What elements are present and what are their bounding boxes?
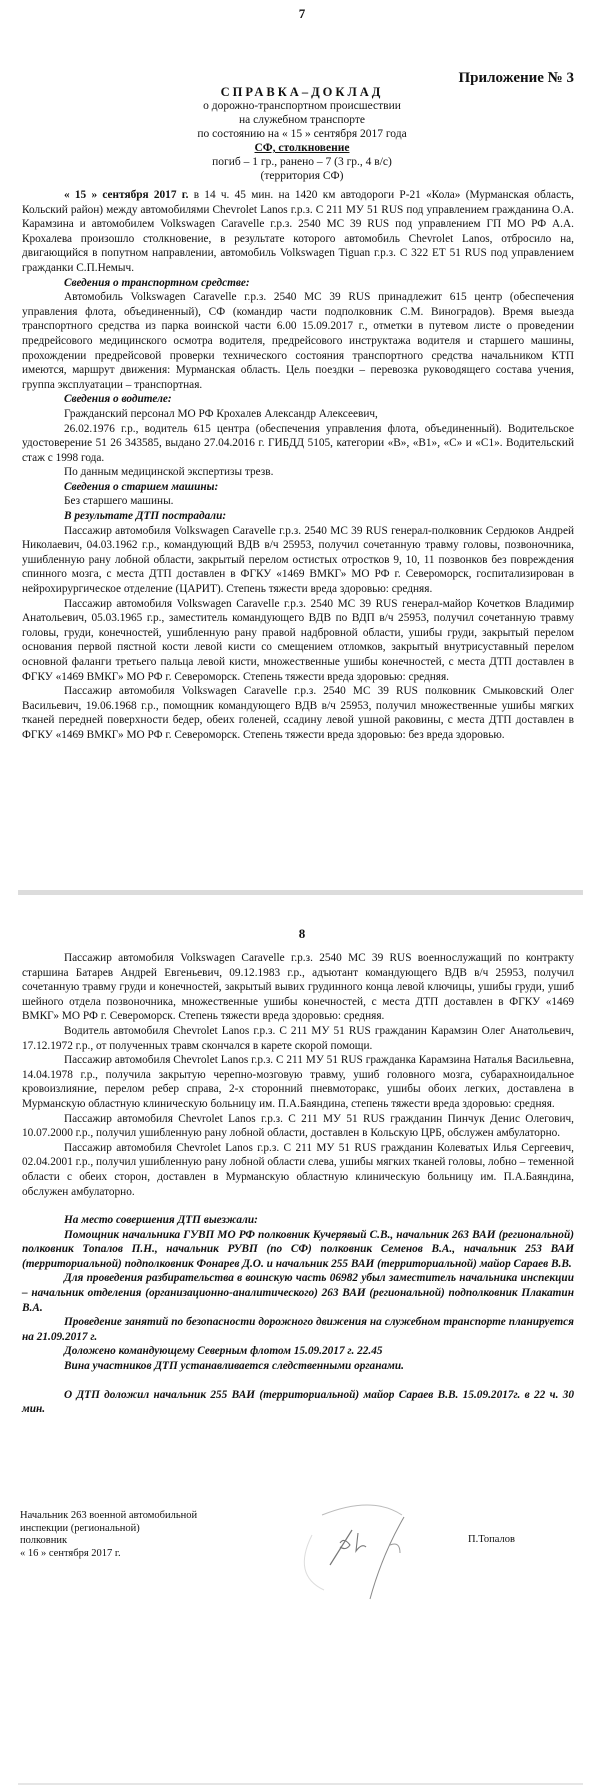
intro-paragraph: « 15 » сентября 2017 г. в 14 ч. 45 мин. … (22, 188, 574, 276)
victim-paragraph: Пассажир автомобиля Chevrolet Lanos г.р.… (22, 1053, 574, 1111)
signature-date: « 16 » сентября 2017 г. (20, 1548, 197, 1561)
driver-heading: Сведения о водителе: (22, 392, 574, 407)
training-paragraph: Проведение занятий по безопасности дорож… (22, 1315, 574, 1344)
victim-paragraph: Пассажир автомобиля Volkswagen Caravelle… (22, 951, 574, 1024)
document-title: СПРАВКА–ДОКЛАД (0, 85, 604, 99)
vehicle-heading: Сведения о транспортном средстве: (22, 276, 574, 291)
responders-paragraph: Помощник начальника ГУВП МО РФ полковник… (22, 1228, 574, 1272)
intro-text: в 14 ч. 45 мин. на 1420 км автодороги Р-… (22, 189, 574, 274)
signer-position-1: Начальник 263 военной автомобильной (20, 1510, 197, 1523)
driver-paragraph: 26.02.1976 г.р., водитель 615 центра (об… (22, 422, 574, 466)
senior-text: Без старшего машины. (22, 494, 574, 509)
page-divider (18, 890, 583, 895)
victim-paragraph: Пассажир автомобиля Volkswagen Caravelle… (22, 597, 574, 685)
page-7-body: « 15 » сентября 2017 г. в 14 ч. 45 мин. … (22, 188, 574, 743)
report-paragraph: О ДТП доложил начальник 255 ВАИ (террито… (22, 1388, 574, 1417)
page-number: 8 (0, 926, 604, 942)
page-8-body: Пассажир автомобиля Volkswagen Caravelle… (22, 951, 574, 1417)
incident-subject: СФ, столкновение (0, 141, 604, 155)
driver-name: Гражданский персонал МО РФ Крохалев Алек… (22, 407, 574, 422)
victim-paragraph: Пассажир автомобиля Volkswagen Caravelle… (22, 524, 574, 597)
signer-rank: полковник (20, 1535, 197, 1548)
document-header: СПРАВКА–ДОКЛАД о дорожно-транспортном пр… (0, 85, 604, 183)
victim-paragraph: Пассажир автомобиля Chevrolet Lanos г.р.… (22, 1141, 574, 1199)
driver-sober: По данным медицинской экспертизы трезв. (22, 465, 574, 480)
header-line-1: о дорожно-транспортном происшествии (0, 99, 604, 113)
page-number: 7 (0, 6, 604, 22)
page-divider (18, 1783, 583, 1785)
signer-position-2: инспекции (региональной) (20, 1523, 197, 1536)
territory-label: (территория СФ) (0, 169, 604, 183)
senior-heading: Сведения о старшем машины: (22, 480, 574, 495)
signer-name: П.Топалов (468, 1534, 515, 1545)
victim-paragraph: Пассажир автомобиля Chevrolet Lanos г.р.… (22, 1112, 574, 1141)
handwritten-signature-icon (282, 1495, 432, 1605)
document-page-7: 7 Приложение № 3 СПРАВКА–ДОКЛАД о дорожн… (0, 0, 604, 885)
casualties-summary: погиб – 1 гр., ранено – 7 (3 гр., 4 в/с) (0, 155, 604, 169)
victim-paragraph: Водитель автомобиля Chevrolet Lanos г.р.… (22, 1024, 574, 1053)
vehicle-paragraph: Автомобиль Volkswagen Caravelle г.р.з. 2… (22, 290, 574, 392)
guilt-line: Вина участников ДТП устанавливается след… (22, 1359, 574, 1374)
signature-block: Начальник 263 военной автомобильной инсп… (20, 1510, 197, 1560)
intro-date: « 15 » сентября 2017 г. (64, 189, 188, 201)
header-line-2: на служебном транспорте (0, 113, 604, 127)
investigation-paragraph: Для проведения разбирательства в воинску… (22, 1271, 574, 1315)
header-line-3: по состоянию на « 15 » сентября 2017 год… (0, 127, 604, 141)
reported-line: Доложено командующему Северным флотом 15… (22, 1344, 574, 1359)
document-page-8: 8 Пассажир автомобиля Volkswagen Caravel… (0, 896, 604, 1776)
victim-paragraph: Пассажир автомобиля Volkswagen Caravelle… (22, 684, 574, 742)
victims-heading: В результате ДТП пострадали: (22, 509, 574, 524)
responders-heading: На место совершения ДТП выезжали: (22, 1213, 574, 1228)
